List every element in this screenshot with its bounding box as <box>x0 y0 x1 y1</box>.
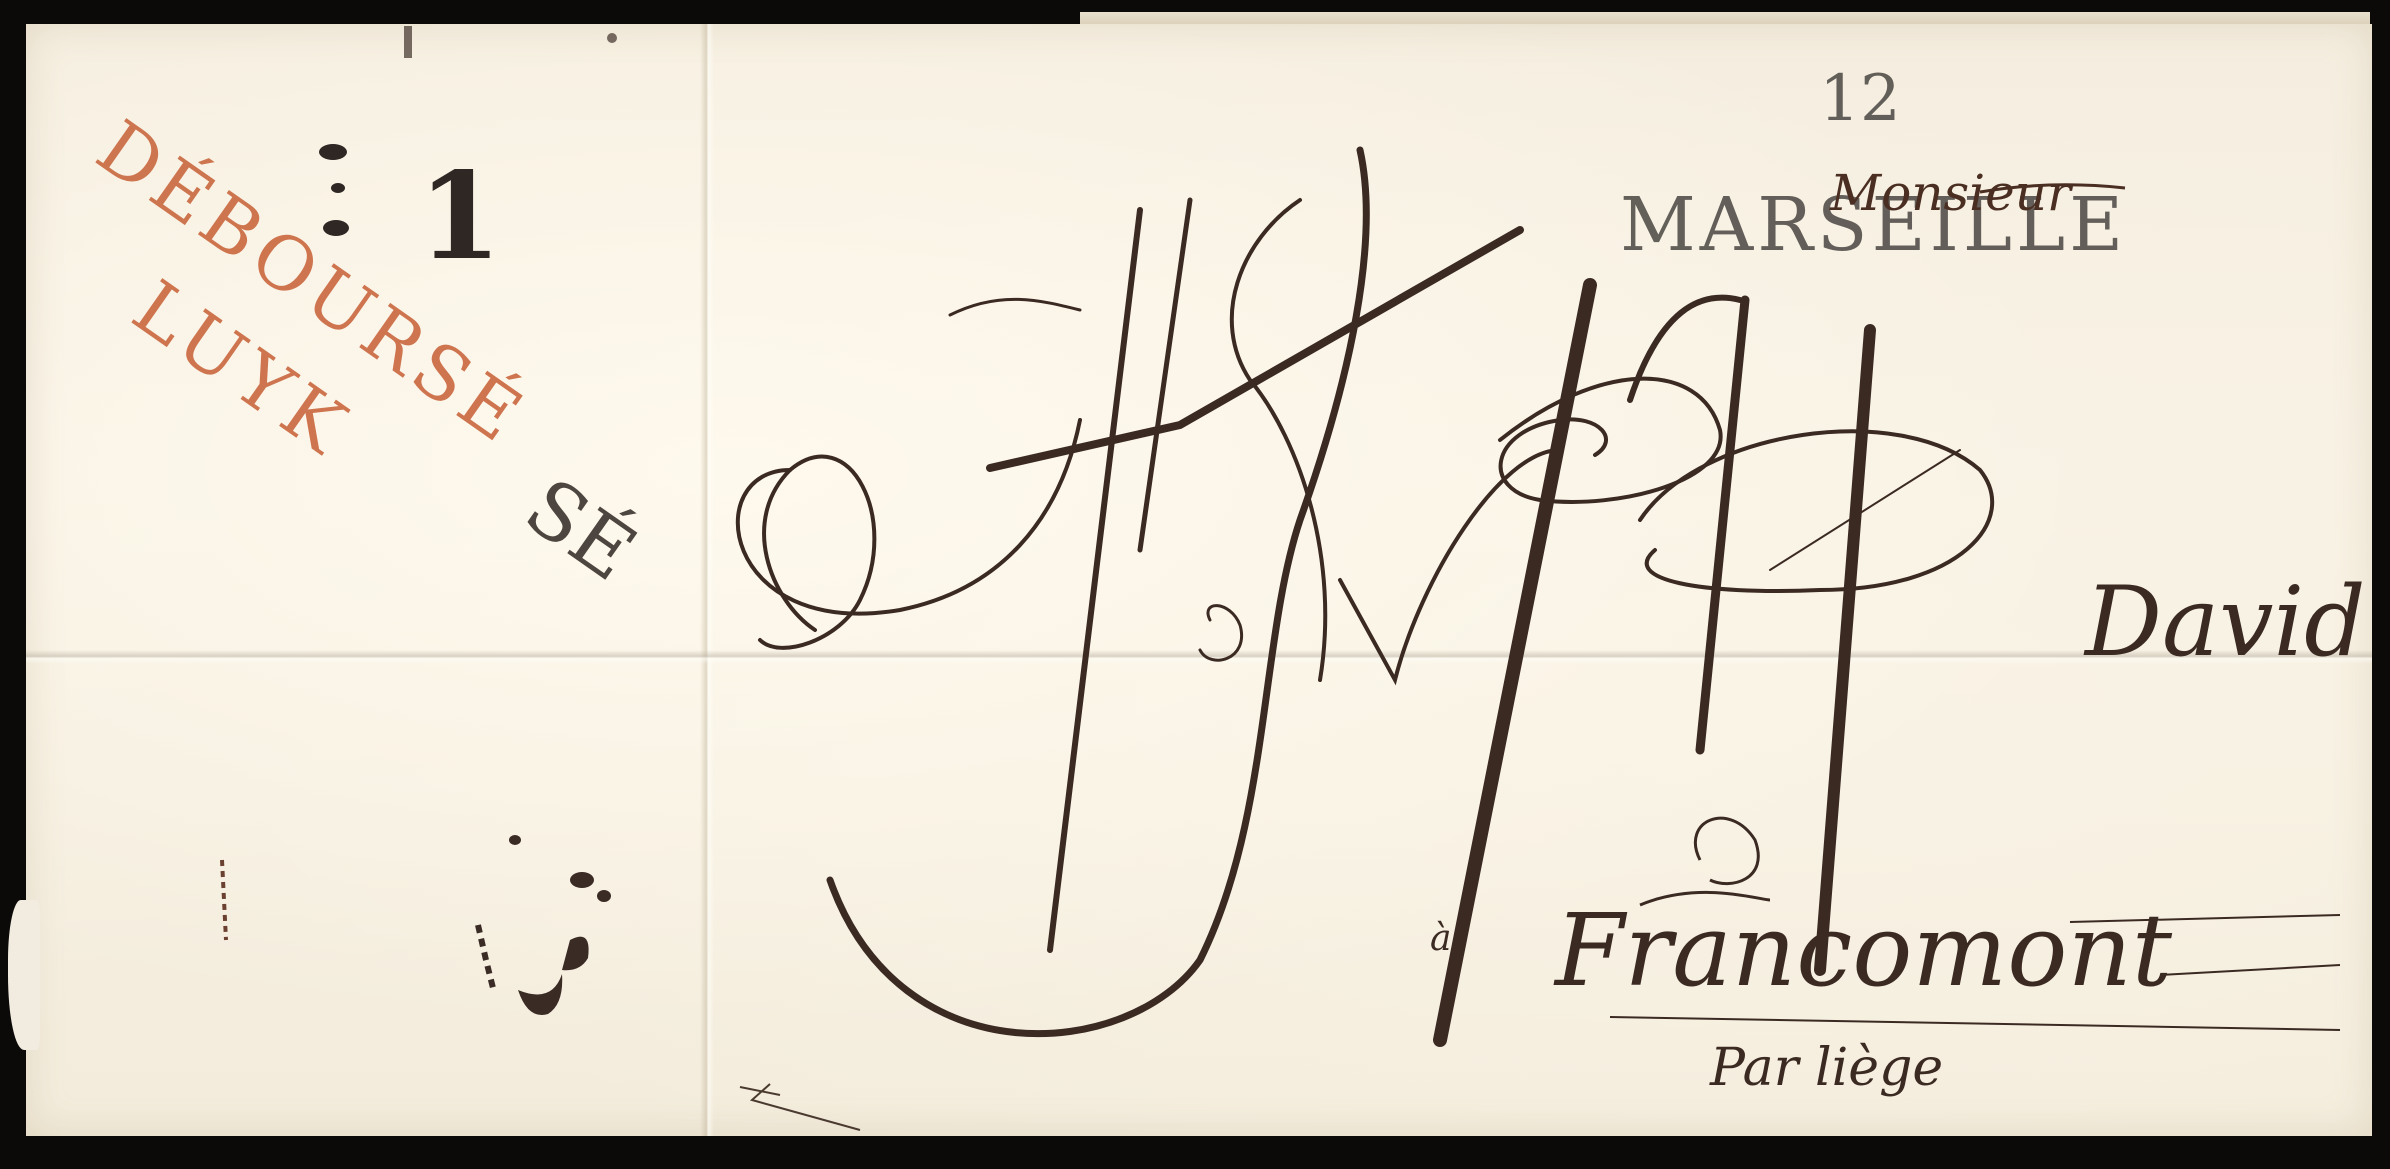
route-via-liege: Par liège <box>1709 1038 1943 1098</box>
recipient-name-david: David <box>2083 566 2366 678</box>
top-edge-ink-traces <box>404 26 617 58</box>
debourse-se-overstrike: SÉ <box>509 460 652 599</box>
departement-number: 12 <box>1819 62 1900 136</box>
rate-mark-bottom <box>222 835 611 1015</box>
destination-francomont: Francomont <box>1553 892 2173 1009</box>
address-prefix: à <box>1430 918 1451 959</box>
salutation-monsieur: Monsieur <box>1829 164 2074 222</box>
rate-number-1: 1 <box>418 146 502 287</box>
ink-markings: DÉBOURSÉ LUYK SÉ 1 12 MARSEILLE <box>0 0 2390 1169</box>
postal-cover-photo: DÉBOURSÉ LUYK SÉ 1 12 MARSEILLE <box>0 0 2390 1169</box>
cross-mark <box>740 1084 860 1130</box>
